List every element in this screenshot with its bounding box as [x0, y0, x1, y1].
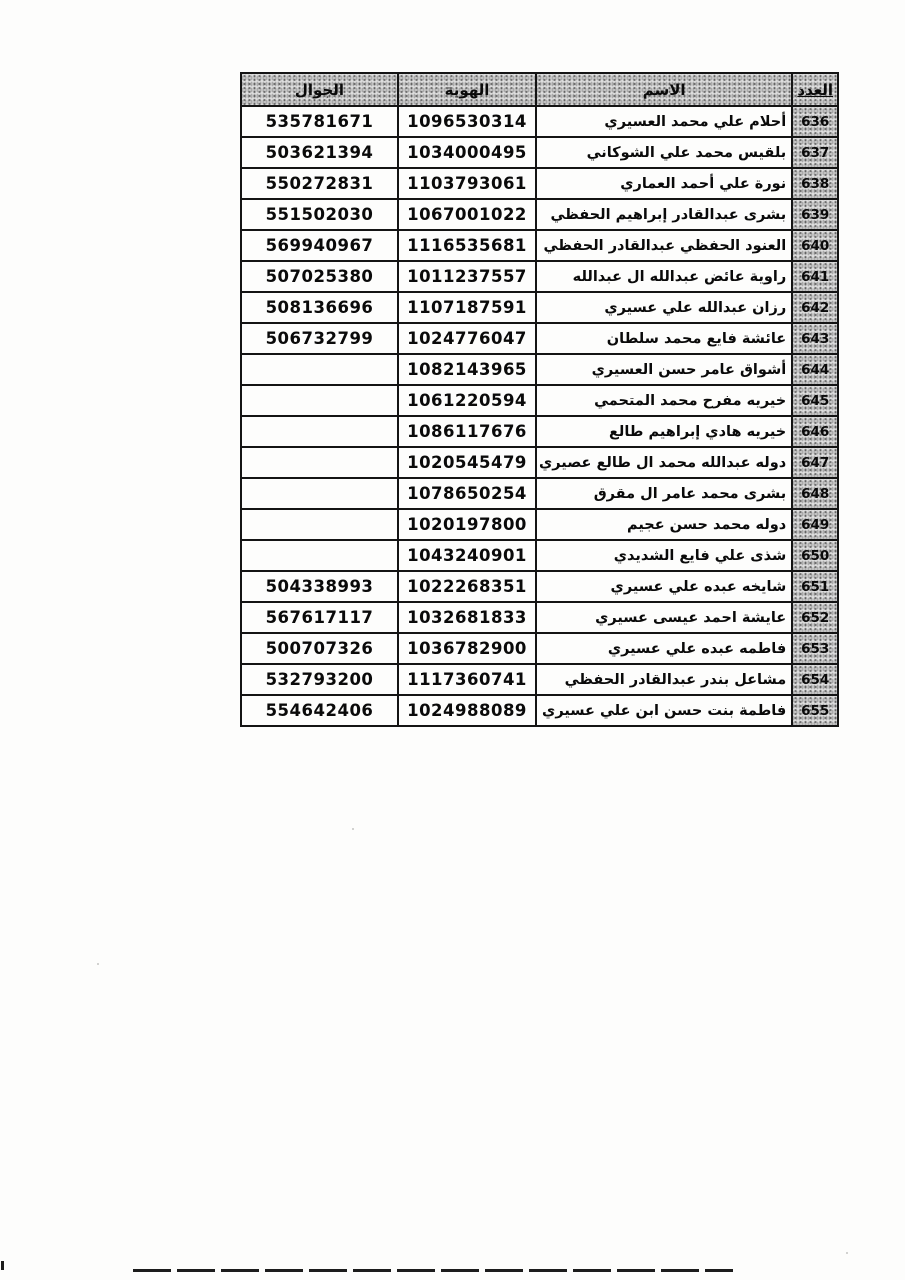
count-cell: 640 — [792, 230, 838, 261]
mobile-cell: 535781671 — [241, 106, 398, 137]
count-cell: 655 — [792, 695, 838, 726]
id-cell: 1116535681 — [398, 230, 536, 261]
name-cell: عايشة احمد عيسى عسيري — [536, 602, 792, 633]
table-row: 641راوية عائض عبدالله ال عبدالله10112375… — [241, 261, 838, 292]
table-row: 654مشاعل بندر عبدالقادر الحفظي1117360741… — [241, 664, 838, 695]
id-cell: 1061220594 — [398, 385, 536, 416]
header-name: الاسم — [536, 73, 792, 106]
id-cell: 1011237557 — [398, 261, 536, 292]
mobile-cell — [241, 509, 398, 540]
mobile-cell: 503621394 — [241, 137, 398, 168]
name-cell: خيريه مفرح محمد المتحمي — [536, 385, 792, 416]
scan-artifact-line — [133, 1269, 733, 1272]
id-cell: 1024988089 — [398, 695, 536, 726]
count-cell: 650 — [792, 540, 838, 571]
roster-table: العدد الاسم الهوية الجوال 636أحلام علي م… — [240, 72, 839, 727]
name-cell: مشاعل بندر عبدالقادر الحفظي — [536, 664, 792, 695]
name-cell: نورة علي أحمد العماري — [536, 168, 792, 199]
mobile-cell: 500707326 — [241, 633, 398, 664]
count-cell: 651 — [792, 571, 838, 602]
mobile-cell: 569940967 — [241, 230, 398, 261]
id-cell: 1096530314 — [398, 106, 536, 137]
count-cell: 648 — [792, 478, 838, 509]
table-row: 645خيريه مفرح محمد المتحمي1061220594 — [241, 385, 838, 416]
id-cell: 1020545479 — [398, 447, 536, 478]
table-row: 651شايخه عبده علي عسيري10222683515043389… — [241, 571, 838, 602]
id-cell: 1117360741 — [398, 664, 536, 695]
name-cell: شذى علي فايع الشديدي — [536, 540, 792, 571]
id-cell: 1067001022 — [398, 199, 536, 230]
count-cell: 641 — [792, 261, 838, 292]
roster-body: 636أحلام علي محمد العسيري109653031453578… — [241, 106, 838, 726]
name-cell: العنود الحفظي عبدالقادر الحفظي — [536, 230, 792, 261]
id-cell: 1107187591 — [398, 292, 536, 323]
id-cell: 1082143965 — [398, 354, 536, 385]
table-row: 642رزان عبدالله علي عسيري110718759150813… — [241, 292, 838, 323]
header-count: العدد — [792, 73, 838, 106]
name-cell: رزان عبدالله علي عسيري — [536, 292, 792, 323]
table-row: 650شذى علي فايع الشديدي1043240901 — [241, 540, 838, 571]
table-row: 646خيريه هادي إبراهيم طالع1086117676 — [241, 416, 838, 447]
count-cell: 647 — [792, 447, 838, 478]
count-cell: 642 — [792, 292, 838, 323]
count-cell: 636 — [792, 106, 838, 137]
mobile-cell — [241, 478, 398, 509]
table-row: 653فاطمه عبده علي عسيري10367829005007073… — [241, 633, 838, 664]
id-cell: 1078650254 — [398, 478, 536, 509]
scan-speck — [352, 828, 354, 830]
header-mobile: الجوال — [241, 73, 398, 106]
table-row: 637بلقيس محمد علي الشوكاني10340004955036… — [241, 137, 838, 168]
count-cell: 637 — [792, 137, 838, 168]
mobile-cell — [241, 540, 398, 571]
name-cell: راوية عائض عبدالله ال عبدالله — [536, 261, 792, 292]
mobile-cell: 504338993 — [241, 571, 398, 602]
name-cell: بلقيس محمد علي الشوكاني — [536, 137, 792, 168]
name-cell: خيريه هادي إبراهيم طالع — [536, 416, 792, 447]
count-cell: 649 — [792, 509, 838, 540]
table-row: 638نورة علي أحمد العماري1103793061550272… — [241, 168, 838, 199]
count-cell: 644 — [792, 354, 838, 385]
name-cell: أشواق عامر حسن العسيري — [536, 354, 792, 385]
mobile-cell: 554642406 — [241, 695, 398, 726]
header-row: العدد الاسم الهوية الجوال — [241, 73, 838, 106]
table-row: 639بشرى عبدالقادر إبراهيم الحفظي10670010… — [241, 199, 838, 230]
count-cell: 652 — [792, 602, 838, 633]
mobile-cell — [241, 447, 398, 478]
name-cell: دوله عبدالله محمد ال طالع عصيري — [536, 447, 792, 478]
table-row: 644أشواق عامر حسن العسيري1082143965 — [241, 354, 838, 385]
count-cell: 654 — [792, 664, 838, 695]
name-cell: شايخه عبده علي عسيري — [536, 571, 792, 602]
id-cell: 1086117676 — [398, 416, 536, 447]
count-cell: 639 — [792, 199, 838, 230]
id-cell: 1036782900 — [398, 633, 536, 664]
id-cell: 1043240901 — [398, 540, 536, 571]
mobile-cell: 550272831 — [241, 168, 398, 199]
count-cell: 643 — [792, 323, 838, 354]
mobile-cell — [241, 385, 398, 416]
id-cell: 1020197800 — [398, 509, 536, 540]
id-cell: 1103793061 — [398, 168, 536, 199]
count-cell: 645 — [792, 385, 838, 416]
table-row: 649دوله محمد حسن عجيم1020197800 — [241, 509, 838, 540]
mobile-cell: 507025380 — [241, 261, 398, 292]
count-cell: 638 — [792, 168, 838, 199]
id-cell: 1022268351 — [398, 571, 536, 602]
header-id: الهوية — [398, 73, 536, 106]
id-cell: 1032681833 — [398, 602, 536, 633]
table-row: 655فاطمة بنت حسن ابن علي عسيري1024988089… — [241, 695, 838, 726]
table-row: 636أحلام علي محمد العسيري109653031453578… — [241, 106, 838, 137]
scan-speck — [97, 963, 99, 965]
mobile-cell: 567617117 — [241, 602, 398, 633]
name-cell: أحلام علي محمد العسيري — [536, 106, 792, 137]
id-cell: 1034000495 — [398, 137, 536, 168]
mobile-cell: 551502030 — [241, 199, 398, 230]
mobile-cell: 506732799 — [241, 323, 398, 354]
table-row: 640العنود الحفظي عبدالقادر الحفظي1116535… — [241, 230, 838, 261]
name-cell: بشرى محمد عامر ال مقرق — [536, 478, 792, 509]
scan-speck — [846, 1252, 848, 1254]
name-cell: دوله محمد حسن عجيم — [536, 509, 792, 540]
table-row: 648بشرى محمد عامر ال مقرق1078650254 — [241, 478, 838, 509]
table-row: 643عائشة فايع محمد سلطان1024776047506732… — [241, 323, 838, 354]
mobile-cell: 532793200 — [241, 664, 398, 695]
scan-artifact-tick — [1, 1261, 4, 1270]
name-cell: عائشة فايع محمد سلطان — [536, 323, 792, 354]
count-cell: 653 — [792, 633, 838, 664]
table-row: 652عايشة احمد عيسى عسيري1032681833567617… — [241, 602, 838, 633]
count-cell: 646 — [792, 416, 838, 447]
mobile-cell — [241, 354, 398, 385]
mobile-cell — [241, 416, 398, 447]
name-cell: بشرى عبدالقادر إبراهيم الحفظي — [536, 199, 792, 230]
id-cell: 1024776047 — [398, 323, 536, 354]
name-cell: فاطمه عبده علي عسيري — [536, 633, 792, 664]
table-row: 647دوله عبدالله محمد ال طالع عصيري102054… — [241, 447, 838, 478]
scanned-roster-table-region: العدد الاسم الهوية الجوال 636أحلام علي م… — [240, 72, 839, 727]
mobile-cell: 508136696 — [241, 292, 398, 323]
name-cell: فاطمة بنت حسن ابن علي عسيري — [536, 695, 792, 726]
